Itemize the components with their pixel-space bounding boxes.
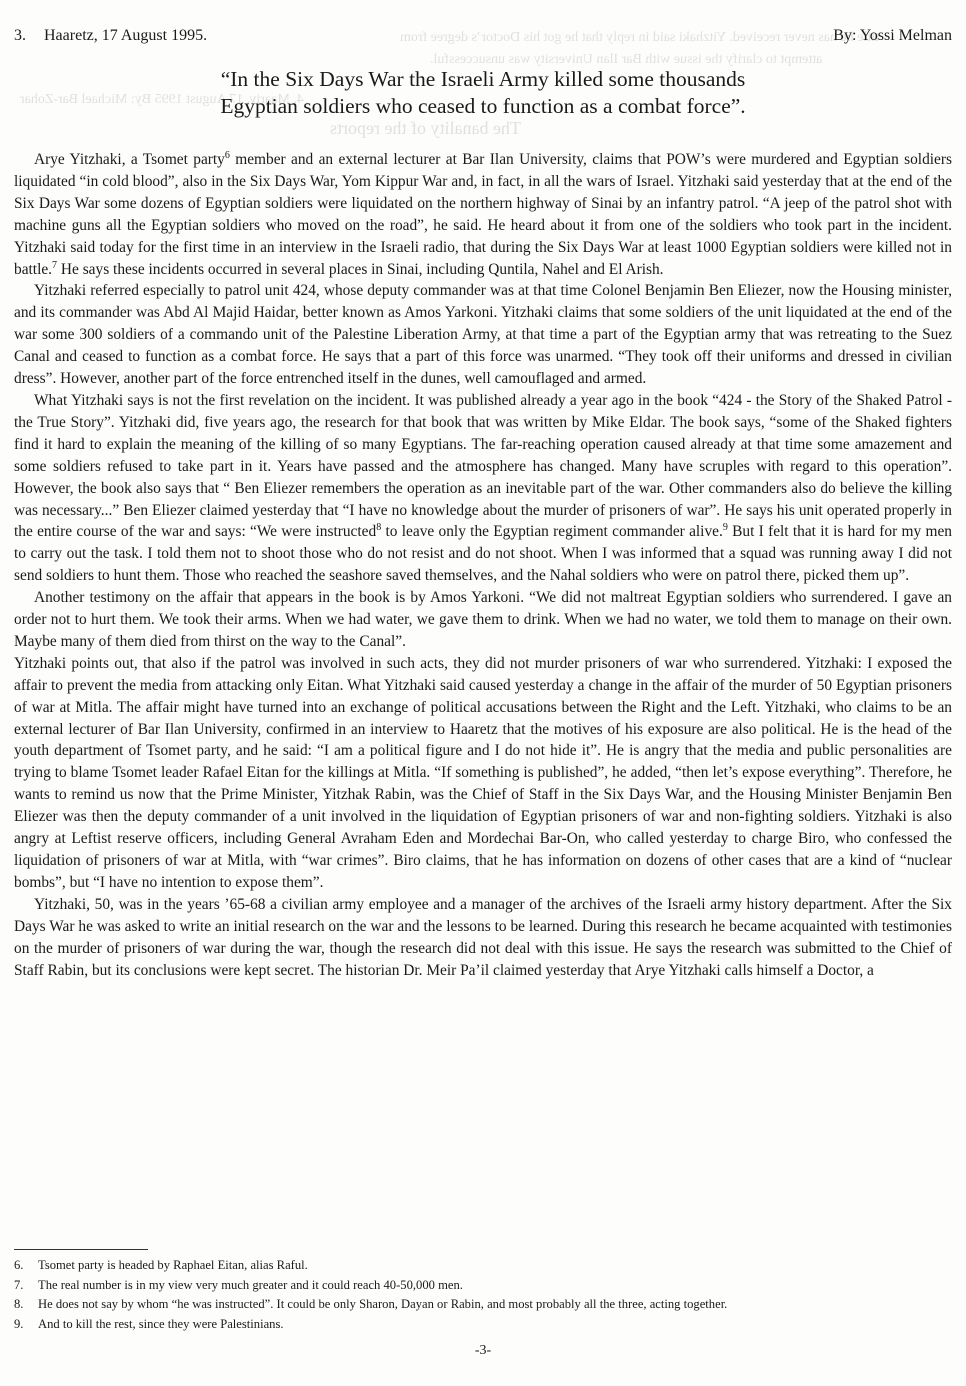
headline-line: Egyptian soldiers who ceased to function… xyxy=(0,93,966,120)
footnotes: 6.Tsomet party is headed by Raphael Eita… xyxy=(14,1256,727,1334)
paragraph: Another testimony on the affair that app… xyxy=(14,587,952,653)
article-header: 3.Haaretz, 17 August 1995. By: Yossi Mel… xyxy=(14,27,952,47)
bleed-through-text: The banality of the reports xyxy=(330,118,521,139)
footnote: 8.He does not say by whom “he was instru… xyxy=(14,1295,727,1315)
headline-quote: “In the Six Days War the Israeli Army ki… xyxy=(0,66,966,120)
paragraph: Yitzhaki referred especially to patrol u… xyxy=(14,280,952,390)
paragraph: Yitzhaki, 50, was in the years ’65-68 a … xyxy=(14,894,952,982)
article-body: Arye Yitzhaki, a Tsomet party6 member an… xyxy=(14,149,952,981)
byline: By: Yossi Melman xyxy=(833,27,952,45)
page-number: -3- xyxy=(0,1343,966,1359)
article-number: 3. xyxy=(14,27,44,45)
footnote: 6.Tsomet party is headed by Raphael Eita… xyxy=(14,1256,727,1276)
headline-line: “In the Six Days War the Israeli Army ki… xyxy=(0,66,966,93)
article-source: 3.Haaretz, 17 August 1995. xyxy=(14,27,207,45)
paragraph: Yitzhaki points out, that also if the pa… xyxy=(14,653,952,894)
footnote: 7.The real number is in my view very muc… xyxy=(14,1276,727,1296)
footnote: 9.And to kill the rest, since they were … xyxy=(14,1315,727,1335)
paragraph: What Yitzhaki says is not the first reve… xyxy=(14,390,952,587)
paragraph: Arye Yitzhaki, a Tsomet party6 member an… xyxy=(14,149,952,280)
document-page: title he has never received. Yitzhaki sa… xyxy=(0,0,966,1386)
footnote-divider xyxy=(14,1249,148,1250)
source-date: Haaretz, 17 August 1995. xyxy=(44,27,207,44)
